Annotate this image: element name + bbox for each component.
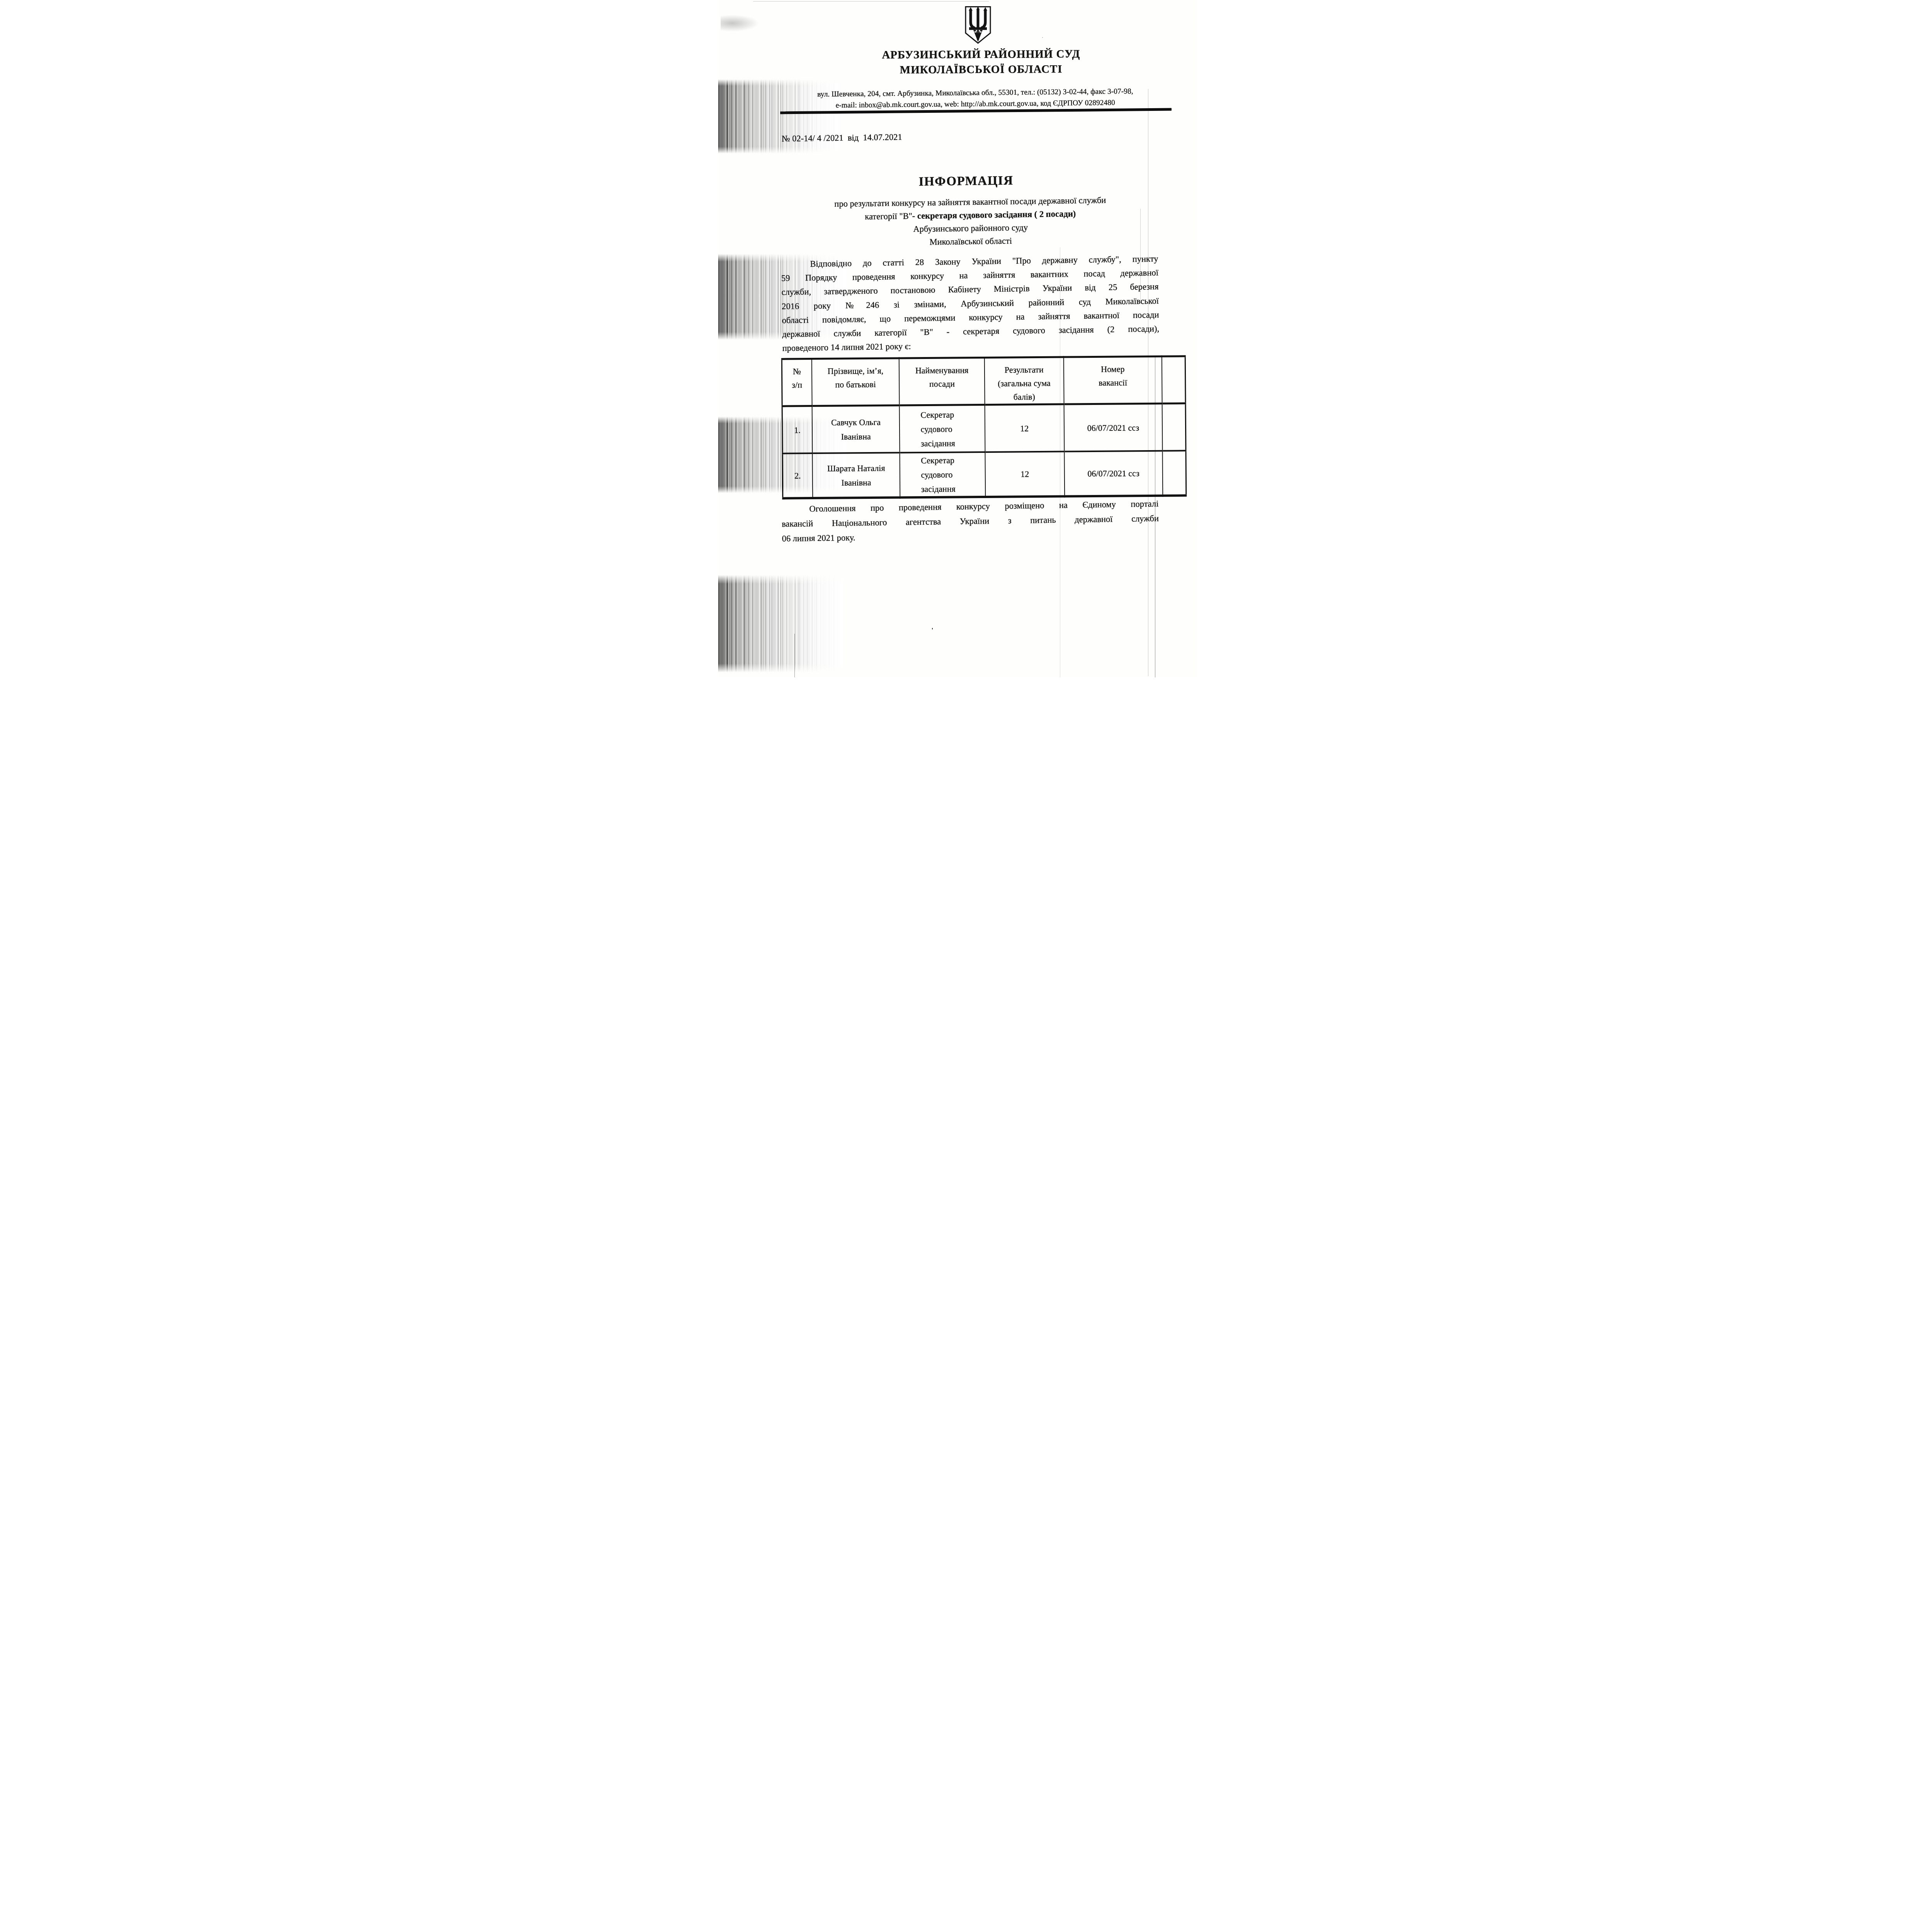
col-header-score-label: Результати (загальна сума балів) [998,365,1051,402]
row-index: 2. [782,453,812,498]
row-position: Секретар судового засідання [900,452,985,498]
row-score: 12 [985,452,1064,497]
row-empty-cell [1162,403,1185,451]
coat-of-arms-icon [964,5,992,45]
scan-hairline-vertical [794,634,795,677]
col-header-name-label: Прізвище, ім’я, по батькові [823,364,888,391]
col-header-name: Прізвище, ім’я, по батькові [811,358,899,406]
closing-paragraph: Оголошення про проведення конкурсу розмі… [781,497,1159,546]
scanned-court-letter: АРБУЗИНСЬКИЙ РАЙОННИЙ СУД МИКОЛАЇВСЬКОЇ … [718,0,1197,677]
table-row: 1. Савчук Ольга Іванівна Секретар судово… [782,403,1186,454]
row-full-name: Шарата Наталія Іванівна [812,453,900,498]
col-header-score: Результати (загальна сума балів) [984,357,1063,405]
subtitle-line2-suffix: ( 2 посади) [1032,209,1076,219]
col-header-vacancy-label: Номер вакансії [1092,362,1133,389]
subtitle-line2-bold: секретаря судового засідання [917,209,1032,221]
court-name: АРБУЗИНСЬКИЙ РАЙОННИЙ СУД МИКОЛАЇВСЬКОЇ … [826,46,1135,78]
row-index: 1. [782,406,812,454]
row-vacancy: 06/07/2021 ссз [1064,403,1163,451]
document-title: ІНФОРМАЦІЯ [821,172,1111,190]
scan-speck [1042,37,1043,38]
court-name-line2: МИКОЛАЇВСЬКОЇ ОБЛАСТІ [827,61,1136,78]
court-address: вул. Шевченка, 204, смт. Арбузинка, Мико… [780,86,1170,112]
body-paragraph: Відповідно до статті 28 Закону України "… [781,252,1160,355]
row-position-label: Секретар судового засідання [920,407,964,451]
results-table: № з/п Прізвище, ім’я, по батькові Наймен… [781,355,1187,499]
scan-smudge-topleft [721,15,759,32]
col-header-vacancy: Номер вакансії [1063,356,1162,404]
col-header-empty [1162,356,1185,403]
document-subtitle: про результати конкурсу на зайняття вака… [782,193,1159,251]
subtitle-line2-prefix: категорії "В"- [865,211,917,221]
scan-speck [932,628,933,629]
col-header-index: № з/п [782,359,812,406]
document-number-line: № 02-14/ 4 /2021 від 14.07.2021 [781,132,902,144]
scan-noise-band-4 [718,575,843,672]
col-header-index-label: № з/п [790,364,803,391]
row-vacancy: 06/07/2021 ссз [1064,451,1163,497]
row-full-name: Савчук Ольга Іванівна [812,405,900,453]
row-empty-cell [1162,451,1186,495]
table-header-row: № з/п Прізвище, ім’я, по батькові Наймен… [782,356,1185,406]
row-score: 12 [985,404,1064,452]
results-table-wrap: № з/п Прізвище, ім’я, по батькові Наймен… [781,355,1187,499]
row-position-label: Секретар судового засідання [921,453,964,496]
col-header-position: Найменування посади [899,357,985,405]
table-row: 2. Шарата Наталія Іванівна Секретар судо… [782,451,1186,498]
scan-hairline-top [753,1,989,2]
col-header-position-label: Найменування посади [915,365,968,389]
court-name-line1: АРБУЗИНСЬКИЙ РАЙОННИЙ СУД [826,46,1135,63]
row-position: Секретар судового засідання [899,405,985,452]
